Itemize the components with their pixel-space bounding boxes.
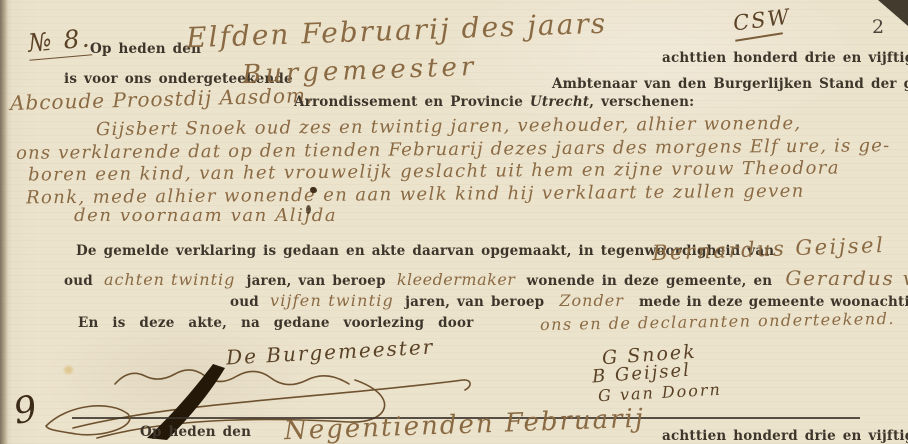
flourish-loop: [46, 406, 130, 435]
preprinted-registrar-line: Ambtenaar van den Burgerlijken Stand der…: [552, 76, 908, 92]
preprinted-on-this-day-next: Op heden den: [140, 424, 251, 440]
province-name: Utrecht: [530, 94, 589, 110]
declaration-line-5: den voornaam van Alijda: [74, 205, 337, 226]
closing-printed: En is deze akte, na gedane voorlezing do…: [78, 315, 474, 331]
appeared-text: , verschenen:: [589, 94, 694, 110]
oud-label-2: oud: [230, 294, 259, 310]
registry-page: 2 CSW № 8. Op heden den Elfden Februarij…: [0, 0, 908, 444]
page-number: 2: [872, 16, 884, 38]
handwritten-municipality: Abcoude Proostdij Aasdom,: [10, 83, 314, 115]
handwritten-date: Elfden Februarij des jaars: [186, 7, 608, 55]
witness2-occupation: Zonder: [559, 291, 623, 310]
oud-label: oud: [64, 273, 93, 289]
preprinted-year-next: achttien honderd drie en vijftig,: [662, 428, 908, 444]
act-number: № 8.: [27, 23, 93, 60]
signature-stroke: [115, 370, 349, 385]
preprinted-on-this-day: Op heden den: [90, 41, 201, 57]
clerk-initials-mark: CSW: [732, 5, 793, 36]
book-gutter-edge: [0, 0, 8, 444]
jaren-beroep-label: jaren, van beroep: [246, 273, 385, 289]
witness1-detail-line: oud achten twintig jaren, van beroep kle…: [64, 266, 908, 290]
witness1-occupation: kleedermaker: [397, 270, 516, 289]
residing-label-2: mede in deze gemeente woonachtig als get…: [639, 294, 908, 310]
witness2-detail-line: oud vijfen twintig jaren, van beroep Zon…: [230, 291, 908, 310]
witness1-age: achten twintig: [104, 270, 235, 289]
act-number-next: 9: [11, 388, 41, 432]
jaren-beroep-label-2: jaren, van beroep: [405, 294, 544, 310]
witness1-name: Bernardus Geijsel: [652, 233, 886, 265]
paper-stain: [64, 366, 73, 374]
witness2-name: Gerardus van Doorn,: [785, 266, 908, 290]
closing-handwritten: ons en de declaranten onderteekend.: [540, 309, 895, 334]
ink-blot: [306, 205, 311, 214]
district-text: Arrondissement en Provincie: [294, 94, 523, 110]
preprinted-district-line: Arrondissement en Provincie Utrecht, ver…: [294, 94, 694, 110]
preprinted-year: achttien honderd drie en vijftig,: [662, 50, 908, 66]
residing-label: wonende in deze gemeente, en: [527, 273, 773, 289]
witness2-age: vijfen twintig: [270, 291, 394, 310]
